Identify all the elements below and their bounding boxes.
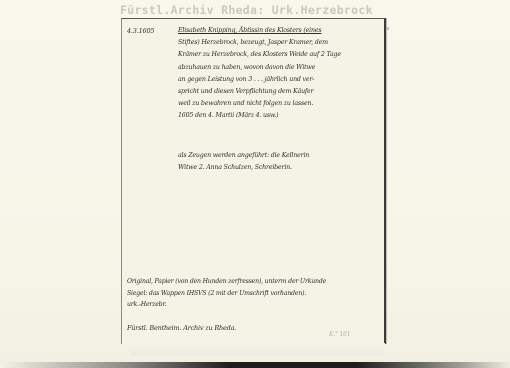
notes-line: urk.-Herzebr. bbox=[127, 299, 326, 311]
body-line: Krämer zu Herzebrock, des Klosters Weide… bbox=[178, 49, 341, 61]
document-date: 4.3.1605 bbox=[127, 27, 154, 35]
document-sheet: 4.3.1605 Elisabeth Knipping, Äbtissin de… bbox=[121, 18, 386, 344]
archival-notes: Original, Papier (von den Hunden zerfres… bbox=[127, 276, 326, 311]
photo-bottom-edge bbox=[0, 362, 510, 368]
body-line: 1605 den 4. Martii (März 4. usw.) bbox=[178, 110, 341, 122]
body-line: abzuhauen zu haben, wovon davon die Witw… bbox=[178, 62, 341, 74]
body-line: an gegen Leistung von 3 . . . jährlich u… bbox=[178, 74, 341, 86]
archive-stamp: Fürstl.Archiv Rheda: Urk.Herzebrock bbox=[120, 3, 373, 17]
body-line: weil zu bewahren und nicht folgen zu las… bbox=[178, 98, 341, 110]
witness-section: als Zeugen werden angeführt: die Kellner… bbox=[178, 150, 309, 174]
notes-line: Original, Papier (von den Hunden zerfres… bbox=[127, 276, 326, 288]
notes-line: Siegel: das Wappen IHSVS (2 mit der Umsc… bbox=[127, 288, 326, 300]
archive-location: Fürstl. Bentheim. Archiv zu Rheda. bbox=[127, 324, 236, 332]
sheet-bottom-margin bbox=[130, 343, 385, 356]
dust-speck bbox=[387, 27, 389, 30]
body-line-text: Elisabeth Knipping, Äbtissin des Kloster… bbox=[178, 27, 321, 34]
witness-line: als Zeugen werden angeführt: die Kellner… bbox=[178, 150, 309, 162]
witness-line: Witwe 2. Anna Schulzen, Schreiberin. bbox=[178, 162, 309, 174]
document-body: Elisabeth Knipping, Äbtissin des Kloster… bbox=[178, 25, 341, 123]
body-line: Stiftes) Herzebrock, bezeugt, Jasper Kra… bbox=[178, 37, 341, 49]
pencil-mark: K.° 161 bbox=[329, 331, 350, 338]
body-line: spricht und diesen Verpflichtung dem Käu… bbox=[178, 86, 341, 98]
body-line: Elisabeth Knipping, Äbtissin des Kloster… bbox=[178, 25, 341, 37]
